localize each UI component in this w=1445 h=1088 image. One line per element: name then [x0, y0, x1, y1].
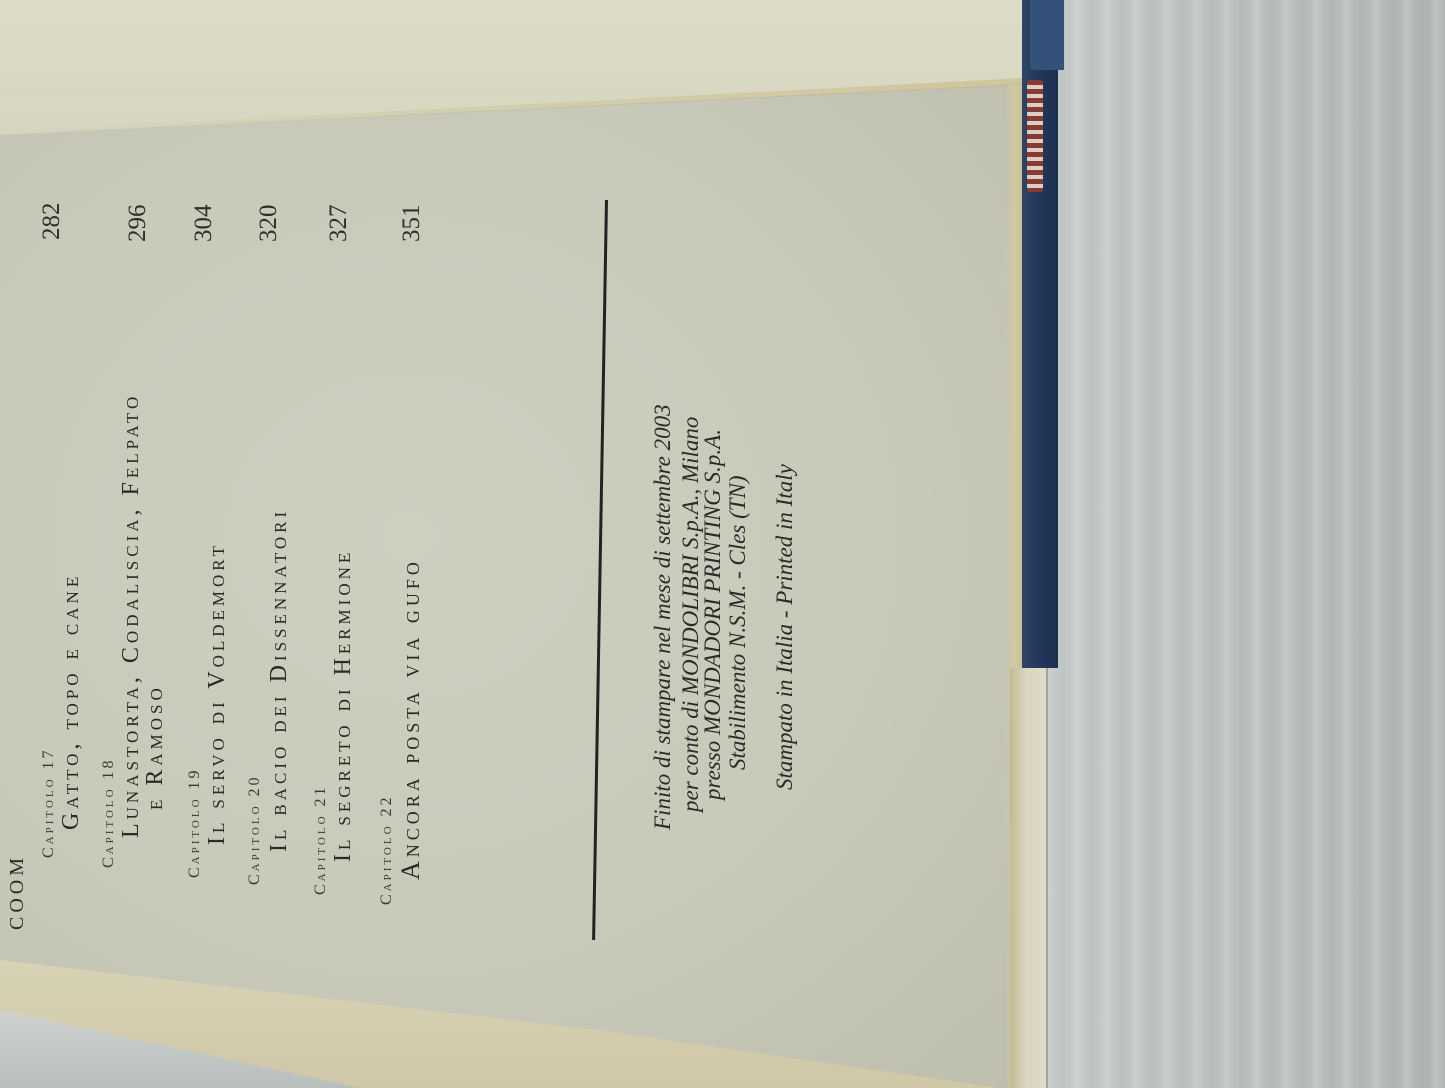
colophon-line: Finito di stampare nel mese di settembre…	[650, 404, 676, 830]
toc-chapter-title: Ancora posta via gufo	[396, 558, 426, 880]
toc-chapter-title: Gatto, topo e cane	[58, 573, 85, 830]
toc-chapter-title: Lunastorta, Codaliscia, Felpato	[118, 393, 145, 838]
toc-page-number: 320	[255, 205, 283, 243]
colophon-printed-in: Stampato in Italia - Printed in Italy	[772, 464, 798, 790]
toc-chapter-label: Capitolo 17	[40, 747, 58, 858]
toc-chapter-label: Capitolo 22	[378, 794, 396, 905]
toc-page-number: 327	[325, 205, 353, 243]
toc-page-number: 296	[124, 205, 152, 243]
toc-chapter-label: Capitolo 20	[246, 774, 264, 885]
toc-page-number: 351	[398, 205, 426, 243]
toc-chapter-title: Il bacio dei Dissennatori	[266, 508, 293, 852]
spine-top-corner	[1030, 0, 1064, 70]
colophon-line: presso MONDADORI PRINTING S.p.A.	[700, 429, 726, 800]
cover-board-line	[1046, 668, 1048, 1088]
toc-chapter-title: Il segreto di Hermione	[330, 549, 357, 862]
toc-cutoff-heading: COOM	[6, 854, 29, 930]
headband	[1027, 80, 1043, 192]
colophon-line: Stabilimento N.S.M. - Cles (TN)	[725, 475, 751, 770]
toc-chapter-title-line2: e Ramoso	[142, 684, 169, 810]
toc-page-number: 282	[38, 203, 66, 241]
background-surface	[1040, 0, 1445, 1088]
toc-chapter-label: Capitolo 19	[186, 767, 204, 878]
toc-chapter-title: Il servo di Voldemort	[204, 542, 231, 845]
toc-page-number: 304	[190, 205, 218, 243]
book-page	[0, 85, 1022, 1088]
cover-board-edge	[1010, 668, 1048, 1088]
toc-chapter-label: Capitolo 18	[100, 757, 118, 868]
toc-chapter-label: Capitolo 21	[312, 784, 330, 895]
